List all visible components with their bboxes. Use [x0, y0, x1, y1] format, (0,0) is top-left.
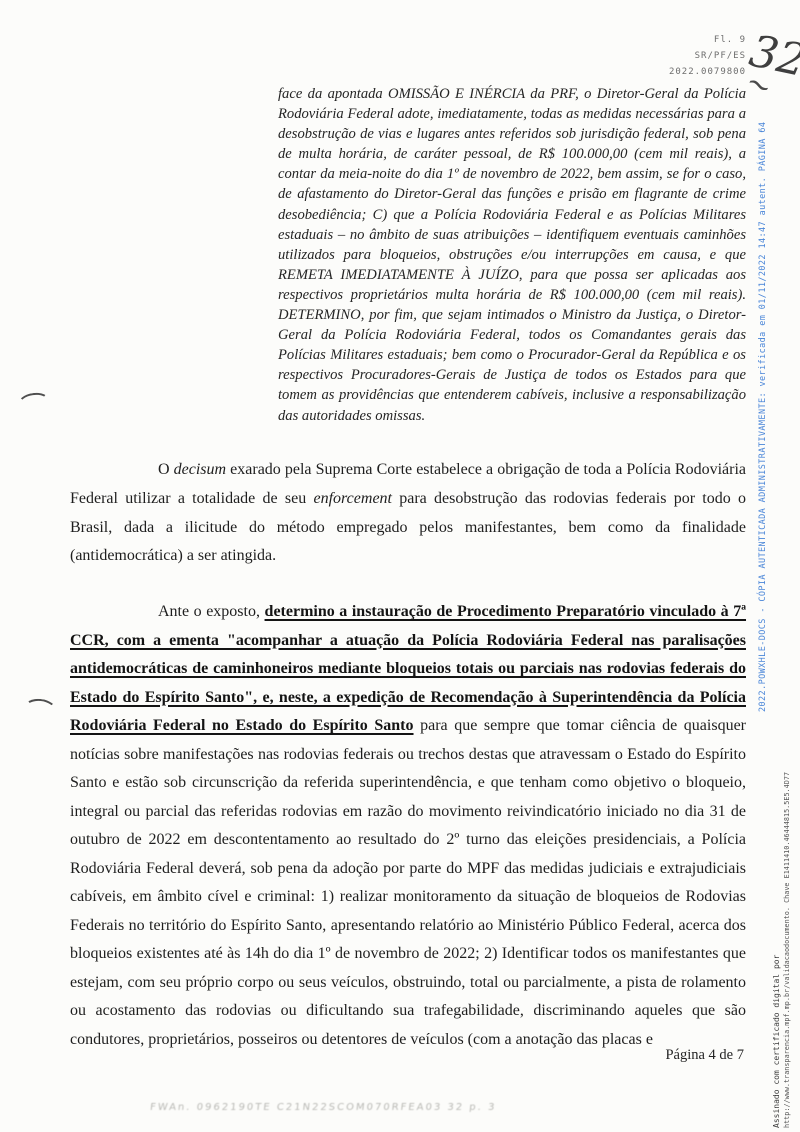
- unit-label: SR/PF/ES: [669, 48, 746, 64]
- footer-faded-stamp: FWAn. 0962190TE C21N22SCOM070RFEA03 32 p…: [149, 1102, 670, 1113]
- paragraph-decisum: O decisum exarado pela Suprema Corte est…: [70, 456, 746, 571]
- pen-mark-arc: [17, 391, 51, 415]
- text-segment: Ante o exposto,: [158, 603, 265, 620]
- quoted-court-decision: face da apontada OMISSÃO E INÉRCIA da PR…: [278, 84, 746, 426]
- authentication-stamp-vertical: 2022.POWXHLE-DOCS - CÓPIA AUTENTICADA AD…: [758, 122, 768, 712]
- page-indicator: Página 4 de 7: [665, 1047, 744, 1064]
- text-segment: para que sempre que tomar ciência de qua…: [70, 717, 746, 1048]
- determination-emphasis: determino a instauração de Procedimento …: [70, 603, 746, 734]
- latin-term-decisum: decisum: [174, 461, 226, 478]
- digital-signature-stamp-vertical: Assinado com certificado digital por htt…: [772, 772, 792, 1128]
- pen-mark-arc: [23, 697, 57, 720]
- paragraph-determino: Ante o exposto, determino a instauração …: [70, 598, 746, 1054]
- header-stamp: Fl. 9 SR/PF/ES 2022.0079800: [669, 32, 746, 80]
- foreign-term-enforcement: enforcement: [314, 490, 392, 507]
- case-number: 2022.0079800: [669, 64, 746, 80]
- handwritten-page-number: 32 ~: [739, 31, 800, 116]
- folio-label: Fl. 9: [669, 32, 746, 48]
- document-page: Fl. 9 SR/PF/ES 2022.0079800 32 ~ face da…: [0, 0, 800, 1132]
- validation-url: http://www.transparencia.mpf.mp.br/valid…: [782, 772, 792, 1128]
- text-segment: O: [158, 461, 174, 478]
- signature-line: Assinado com certificado digital por: [772, 772, 782, 1128]
